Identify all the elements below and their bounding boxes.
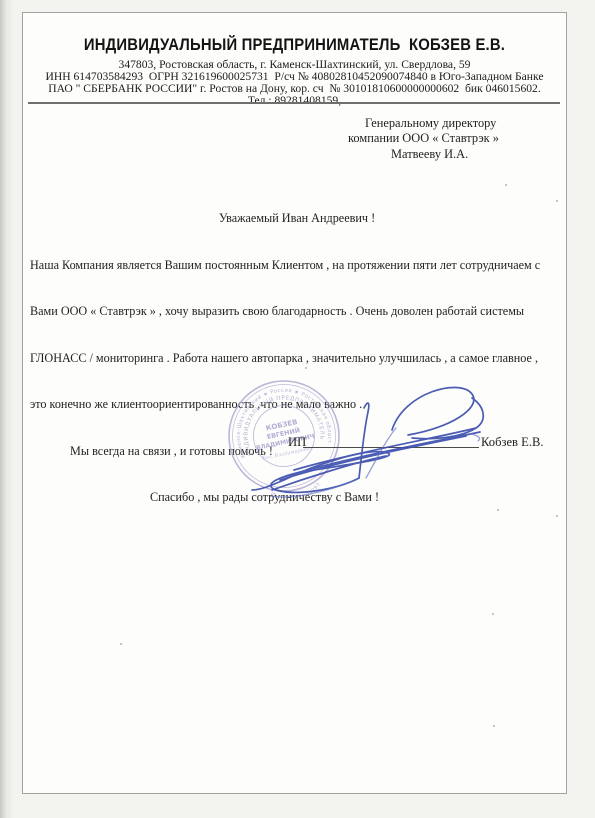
scan-speck [493, 725, 495, 727]
recipient-name: Матвееву И.А. [391, 147, 558, 162]
scanned-letter: ИНДИВИДУАЛЬНЫЙ ПРЕДПРИНИМАТЕЛЬ КОБЗЕВ Е.… [0, 0, 595, 818]
scan-speck [556, 200, 558, 202]
handwritten-signature [236, 378, 506, 514]
recipient-block: Генеральному директору компании ООО « Ст… [348, 116, 558, 162]
company-title: ИНДИВИДУАЛЬНЫЙ ПРЕДПРИНИМАТЕЛЬ КОБЗЕВ Е.… [50, 36, 539, 55]
requisites-line-2: ПАО " СБЕРБАНК РОССИИ" г. Ростов на Дону… [23, 83, 566, 95]
scan-speck [492, 613, 494, 615]
recipient-company: компании ООО « Ставтрэк » [348, 131, 558, 146]
letterhead-divider [28, 102, 560, 104]
phone-line: Тел.: 89281408159, [23, 95, 566, 107]
scan-speck [305, 367, 307, 369]
recipient-position: Генеральному директору [365, 116, 558, 131]
scan-edge-shadow [0, 0, 14, 818]
body-line: Вами ООО « Ставтрэк » , хочу выразить св… [30, 304, 564, 320]
scan-speck [120, 643, 122, 645]
salutation: Уважаемый Иван Андреевич ! [30, 211, 564, 227]
body-line: Наша Компания является Вашим постоянным … [30, 258, 564, 274]
letterhead: ИНДИВИДУАЛЬНЫЙ ПРЕДПРИНИМАТЕЛЬ КОБЗЕВ Е.… [23, 36, 566, 107]
scan-speck [505, 184, 507, 186]
body-line: ГЛОНАСС / мониторинга . Работа нашего ав… [30, 351, 564, 367]
scan-speck [497, 509, 499, 511]
scan-speck [556, 515, 558, 517]
